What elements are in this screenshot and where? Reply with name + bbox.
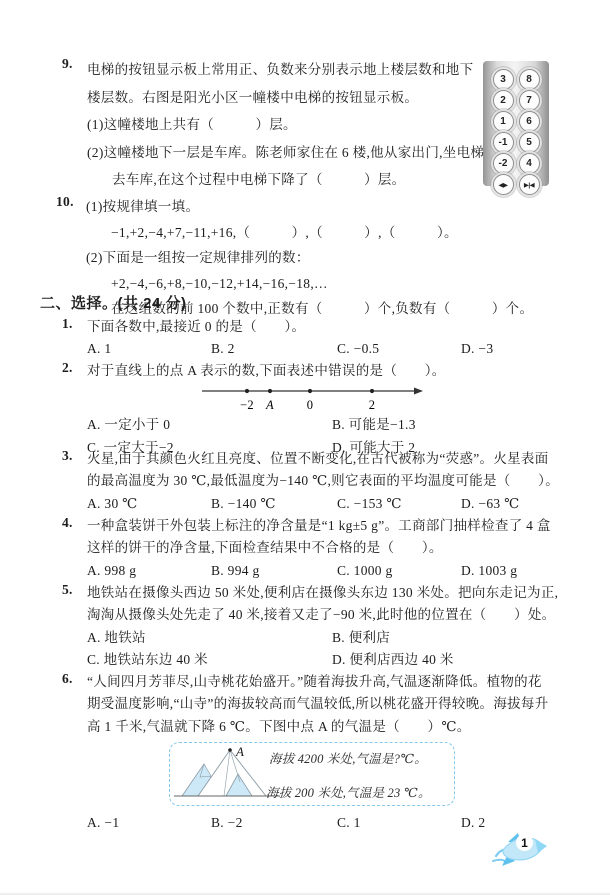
options-row: A. 998 g B. 994 g C. 1000 g D. 1003 g: [87, 560, 560, 582]
peak-point-label: A: [236, 744, 244, 760]
section-2-header: 二、选择。(共 24 分): [40, 292, 560, 313]
question-5-number: 5.: [62, 582, 73, 598]
question-1-number: 1.: [62, 316, 73, 332]
options-row: C. 地铁站东边 40 米 D. 便利店西边 40 米: [87, 649, 560, 671]
question-4-number: 4.: [62, 515, 73, 531]
sequence-line: −1,+2,−4,+7,−11,+16,（ ）,（ ）,（ ）。: [111, 220, 560, 246]
option-d: D. 2: [461, 812, 485, 834]
question-10-number: 10.: [56, 194, 74, 210]
number-line: −2 A 0 2: [202, 382, 424, 414]
question-3-number: 3.: [62, 448, 73, 464]
option-b: B. −2: [211, 812, 337, 834]
option-a: A. −1: [87, 812, 211, 834]
question-9: 9. 电梯的按钮显示板上常用正、负数来分别表示地上楼层数和地下 楼层数。右图是阳…: [40, 56, 560, 194]
question-stem: 下面各数中,最接近 0 的是（ ）。: [87, 316, 560, 338]
question-9-number: 9.: [62, 56, 73, 72]
option-a: A. 地铁站: [87, 627, 332, 649]
options-row: A. 一定小于 0 B. 可能是−1.3: [87, 414, 560, 436]
question-stem: 期受温度影响,“山寺”的海拔较高而气温较低,所以桃花盛开得较晚。海拔每升: [87, 693, 560, 715]
question-2: 2. 对于直线上的点 A 表示的数,下面表述中错误的是（ ）。 −2 A 0 2: [40, 360, 560, 459]
option-c: C. 地铁站东边 40 米: [87, 649, 332, 671]
option-d: D. 1003 g: [461, 560, 517, 582]
question-stem: 淘淘从摄像头处先走了 40 米,接着又走了−90 米,此时他的位置在（ ）处。: [87, 604, 560, 626]
question-stem: 火星,由于其颜色火红且亮度、位置不断变化,在古代被称为“荧惑”。火星表面: [87, 448, 560, 470]
question-stem: 的最高温度为 30 ℃,最低温度为−140 ℃,则它表面的平均温度可能是（ ）。: [87, 470, 560, 492]
option-b: B. 2: [211, 338, 337, 360]
altitude-low-label: 海拔 200 米处,气温是 23 ℃。: [266, 783, 431, 801]
question-stem: 高 1 千米,气温就下降 6 ℃。下图中点 A 的气温是（ ）℃。: [87, 716, 560, 738]
tick-label-minus2: −2: [240, 398, 254, 412]
options-row: A. 1 B. 2 C. −0.5 D. −3: [87, 338, 560, 360]
question-5: 5. 地铁站在摄像头西边 50 米处,便利店在摄像头东边 130 米处。把向东走…: [40, 582, 560, 671]
option-a: A. 998 g: [87, 560, 211, 582]
point-a-label: A: [265, 398, 274, 412]
option-a: A. 30 ℃: [87, 493, 211, 515]
question-stem: 一种盒装饼干外包装上标注的净含量是“1 kg±5 g”。工商部门抽样检查了 4 …: [87, 515, 560, 537]
option-a: A. 1: [87, 338, 211, 360]
option-d: D. 便利店西边 40 米: [332, 649, 454, 671]
text-line: 电梯的按钮显示板上常用正、负数来分别表示地上楼层数和地下: [87, 56, 560, 84]
question-2-number: 2.: [62, 360, 73, 376]
section-title: 二、选择。(共 24 分): [40, 295, 187, 312]
option-b: B. 可能是−1.3: [332, 414, 416, 436]
text-line: (1)按规律填一填。: [86, 194, 560, 220]
option-b: B. 994 g: [211, 560, 337, 582]
text-line: 楼层数。右图是阳光小区一幢楼中电梯的按钮显示板。: [87, 84, 560, 112]
question-1: 1. 下面各数中,最接近 0 的是（ ）。 A. 1 B. 2 C. −0.5 …: [40, 316, 560, 361]
option-c: C. 1: [337, 812, 461, 834]
question-6: 6. “人间四月芳菲尽,山寺桃花始盛开。”随着海拔升高,气温逐渐降低。植物的花 …: [40, 671, 560, 834]
text-line: (2)这幢楼地下一层是车库。陈老师家住在 6 楼,他从家出门,坐电梯: [87, 139, 560, 167]
option-b: B. 便利店: [332, 627, 390, 649]
altitude-high-label: 海拔 4200 米处,气温是?℃。: [269, 749, 427, 767]
question-stem: “人间四月芳菲尽,山寺桃花始盛开。”随着海拔升高,气温逐渐降低。植物的花: [87, 671, 560, 693]
worksheet-page: 3 8 2 7 1 6 -1 5 -2 4 ◀▶ ▶|◀ 9. 电梯的按钮显示板…: [0, 0, 610, 895]
mountain-illustration: [174, 746, 280, 800]
tick-label-0: 0: [307, 398, 314, 412]
question-6-number: 6.: [62, 671, 73, 687]
question-stem: 这样的饼干的净含量,下面检查结果中不合格的是（ ）。: [87, 537, 560, 559]
question-3: 3. 火星,由于其颜色火红且亮度、位置不断变化,在古代被称为“荧惑”。火星表面 …: [40, 448, 560, 515]
option-c: C. −0.5: [337, 338, 461, 360]
blank-line: (1)这幢楼地上共有（ ）层。: [87, 111, 560, 139]
number-line-figure: −2 A 0 2: [202, 382, 560, 414]
option-d: D. −63 ℃: [461, 493, 520, 515]
option-a: A. 一定小于 0: [87, 414, 332, 436]
tick-label-2: 2: [369, 398, 376, 412]
text-line: (2)下面是一组按一定规律排列的数：: [86, 245, 560, 271]
question-stem: 地铁站在摄像头西边 50 米处,便利店在摄像头东边 130 米处。把向东走记为正…: [87, 582, 560, 604]
question-4: 4. 一种盒装饼干外包装上标注的净含量是“1 kg±5 g”。工商部门抽样检查了…: [40, 515, 560, 582]
page-number-badge: 1: [490, 830, 548, 870]
option-d: D. −3: [461, 338, 493, 360]
option-b: B. −140 ℃: [211, 493, 337, 515]
options-row: A. 地铁站 B. 便利店: [87, 627, 560, 649]
option-c: C. 1000 g: [337, 560, 461, 582]
page-content: 9. 电梯的按钮显示板上常用正、负数来分别表示地上楼层数和地下 楼层数。右图是阳…: [40, 54, 560, 864]
page-number: 1: [516, 834, 533, 851]
mountain-figure: A 海拔 4200 米处,气温是?℃。 海拔 200 米处,气温是 23 ℃。: [169, 742, 455, 806]
option-c: C. −153 ℃: [337, 493, 461, 515]
question-stem: 对于直线上的点 A 表示的数,下面表述中错误的是（ ）。: [87, 360, 560, 382]
blank-line: 去车库,在这个过程中电梯下降了（ ）层。: [112, 166, 560, 194]
options-row: A. 30 ℃ B. −140 ℃ C. −153 ℃ D. −63 ℃: [87, 493, 560, 515]
